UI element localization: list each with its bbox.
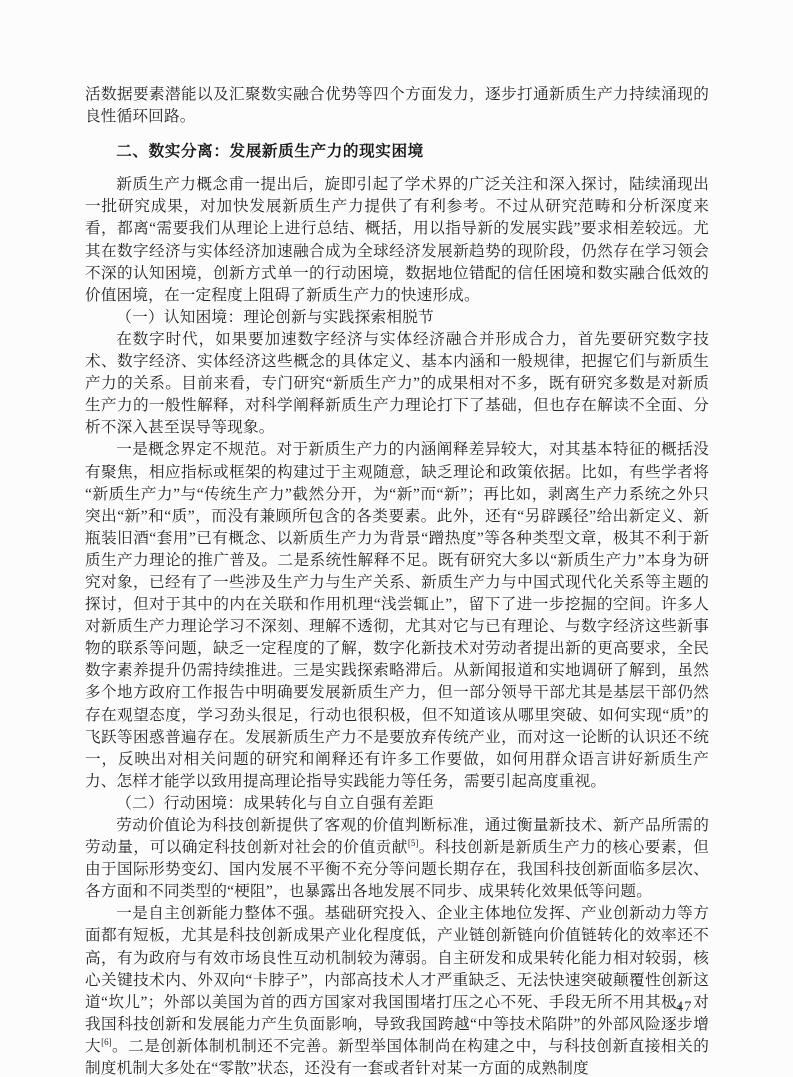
document-page: 活数据要素潜能以及汇聚数实融合优势等四个方面发力，逐步打通新质生产力持续涌现的良…: [0, 0, 793, 1077]
paragraph-text: 一是自主创新能力整体不强。基础研究投入、企业主体地位发挥、产业创新动力等方面都有…: [85, 905, 709, 1055]
subsection2-paragraph-2: 一是自主创新能力整体不强。基础研究投入、企业主体地位发挥、产业创新动力等方面都有…: [85, 903, 709, 1077]
section-heading: 二、数实分离：发展新质生产力的现实困境: [85, 141, 709, 163]
subsection2-paragraph-1: 劳动价值论为科技创新提供了客观的价值判断标准，通过衡量新技术、新产品所需的劳动量…: [85, 815, 709, 903]
footnote-marker-5: [5]: [408, 838, 419, 848]
subsection1-heading: （一）认知困境：理论创新与实践探索相脱节: [85, 307, 709, 329]
page-number: · 47 ·: [666, 996, 703, 1018]
subsection1-paragraph-2: 一是概念界定不规范。对于新质生产力的内涵阐释差异较大，对其基本特征的概括没有聚焦…: [85, 439, 709, 793]
paragraph-continuation: 活数据要素潜能以及汇聚数实融合优势等四个方面发力，逐步打通新质生产力持续涌现的良…: [85, 84, 709, 128]
section-intro-paragraph: 新质生产力概念甫一提出后，旋即引起了学术界的广泛关注和深入探讨，陆续涌现出一批研…: [85, 174, 709, 307]
paragraph-text: 。二是创新体制机制还不完善。新型举国体制尚在构建之中，与科技创新直接相关的制度机…: [85, 1038, 709, 1077]
footnote-marker-6: [6]: [101, 1037, 112, 1047]
subsection2-heading: （二）行动困境：成果转化与自立自强有差距: [85, 793, 709, 815]
subsection1-paragraph-1: 在数字时代，如果要加速数字经济与实体经济融合并形成合力，首先要研究数字技术、数字…: [85, 329, 709, 439]
